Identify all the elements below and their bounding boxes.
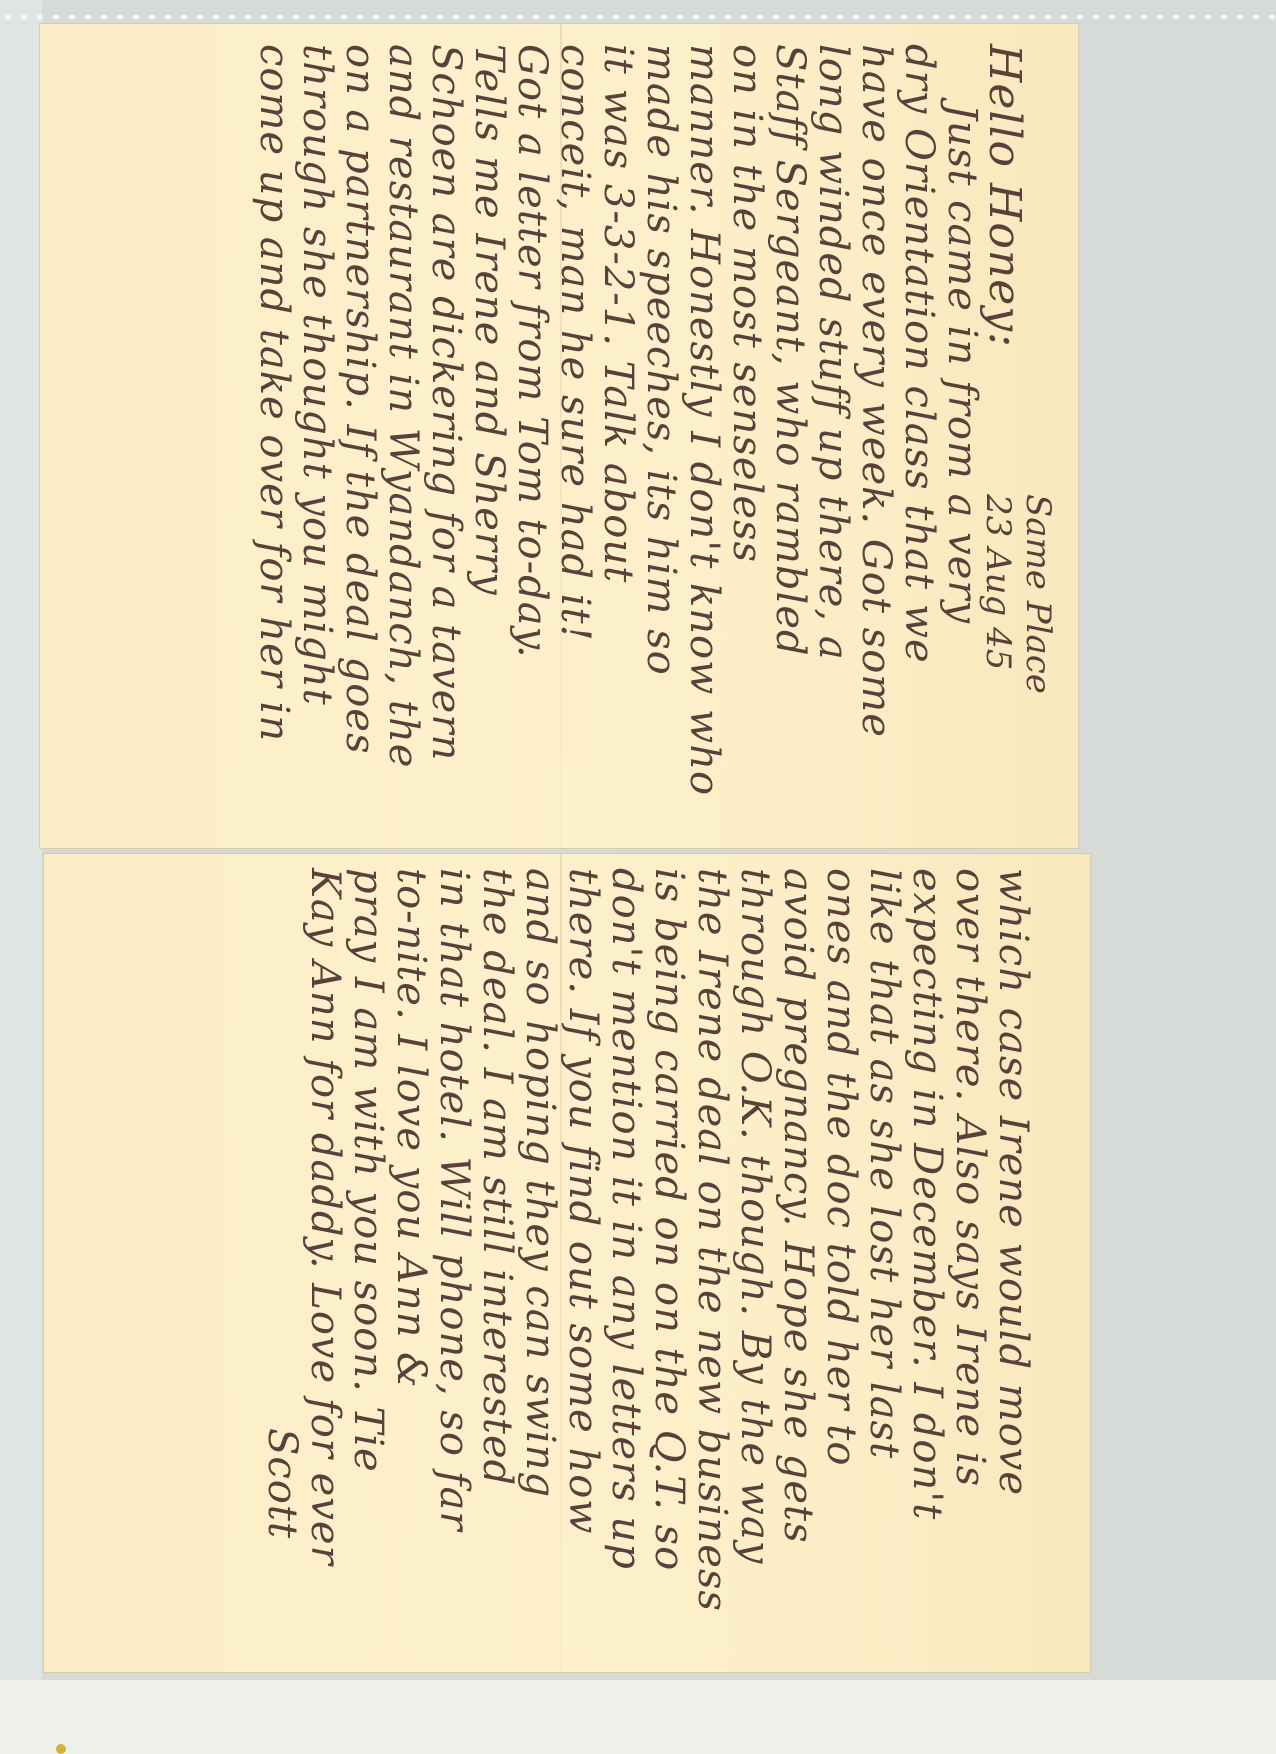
body-line: Staff Sergeant, who rambled <box>768 44 811 834</box>
body-line: made his speeches, its him so <box>639 44 682 834</box>
body-line: and so hoping they can swing <box>518 868 561 1658</box>
body-line: Kay Ann for daddy. Love for ever <box>303 868 346 1658</box>
scanner-lower-margin <box>0 1680 1276 1754</box>
body-line: don't mention it in any letters up <box>604 868 647 1658</box>
body-line: Got a letter from Tom to-day. <box>510 44 553 834</box>
body-line: pray I am with you soon. Tie <box>346 868 389 1658</box>
yellow-mark <box>56 1744 66 1754</box>
body-line: Just came in from a very <box>940 44 983 834</box>
body-line: over there. Also says Irene is <box>948 868 991 1658</box>
body-line: on in the most senseless <box>725 44 768 834</box>
body-line: manner. Honestly I don't know who <box>682 44 725 834</box>
letter-body-page-2: which case Irene would move over there. … <box>260 868 1034 1658</box>
body-line: it was 3-3-2-1. Talk about <box>596 44 639 834</box>
salutation: Hello Honey: <box>983 44 1026 834</box>
body-line: Schoen are dickering for a tavern <box>424 44 467 834</box>
body-line: come up and take over for her in <box>252 44 295 834</box>
letter-page-1: Same Place 23 Aug 45 Hello Honey: Just c… <box>40 24 1078 848</box>
scanner-edge-strip <box>0 0 42 1700</box>
body-line: dry Orientation class that we <box>897 44 940 834</box>
body-line: there. If you find out some how <box>561 868 604 1658</box>
body-line: through she thought you might <box>295 44 338 834</box>
body-line: Tells me Irene and Sherry <box>467 44 510 834</box>
body-line: through O.K. though. By the way <box>733 868 776 1658</box>
body-line: and restaurant in Wyandanch, the <box>381 44 424 834</box>
body-line: the deal. I am still interested <box>475 868 518 1658</box>
perforated-edge <box>0 10 1276 24</box>
signature: Scott <box>260 868 303 1658</box>
body-line: have once every week. Got some <box>854 44 897 834</box>
letter-body-page-1: Hello Honey: Just came in from a very dr… <box>252 44 1026 834</box>
body-line: like that as she lost her last <box>862 868 905 1658</box>
body-line: avoid pregnancy. Hope she gets <box>776 868 819 1658</box>
body-line: which case Irene would move <box>991 868 1034 1658</box>
body-line: is being carried on on the Q.T. so <box>647 868 690 1658</box>
body-line: in that hotel. Will phone, so far <box>432 868 475 1658</box>
body-line: long winded stuff up there, a <box>811 44 854 834</box>
body-line: conceit, man he sure had it! <box>553 44 596 834</box>
body-line: to-nite. I love you Ann & <box>389 868 432 1658</box>
body-line: ones and the doc told her to <box>819 868 862 1658</box>
body-line: on a partnership. If the deal goes <box>338 44 381 834</box>
body-line: expecting in December. I don't <box>905 868 948 1658</box>
letter-page-2: which case Irene would move over there. … <box>44 854 1090 1672</box>
body-line: the Irene deal on the new business <box>690 868 733 1658</box>
